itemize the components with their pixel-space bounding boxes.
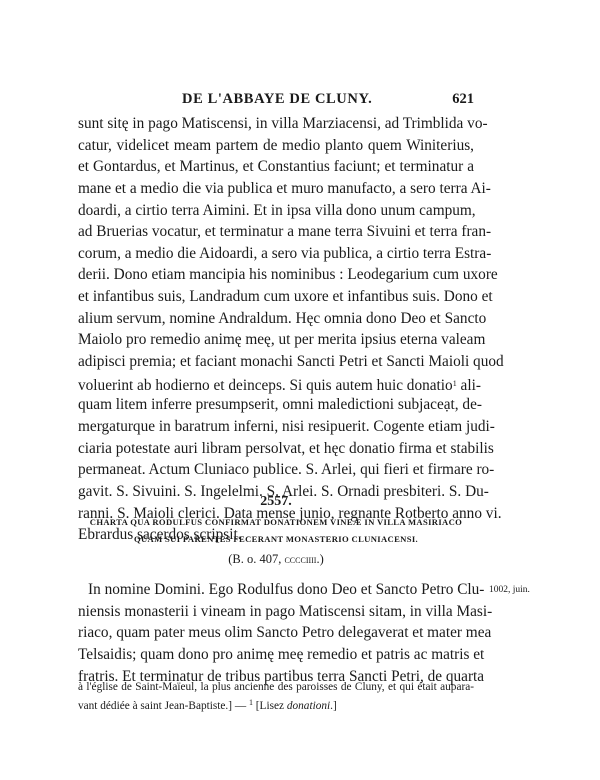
book-page: DE L'ABBAYE DE CLUNY. 621 sunt sitę in p… <box>0 0 600 780</box>
charter-number: 2557. <box>78 494 474 510</box>
text-line: mane et a medio die via publica et muro … <box>78 178 474 200</box>
source-reference-prefix: (B. o. 407, <box>228 552 284 566</box>
running-title: DE L'ABBAYE DE CLUNY. <box>182 91 372 108</box>
footnote-text: [Lisez <box>253 700 287 712</box>
text-segment: voluerint ab hodierno et deinceps. Si qu… <box>78 377 453 394</box>
text-line: Maiolo pro remedio animę meę, ut per mer… <box>78 329 474 351</box>
footnote-line: à l'église de Saint-Maïeul, la plus anci… <box>78 679 474 695</box>
text-line: doardi, a cirtio terra Aimini. Et in ips… <box>78 200 474 222</box>
text-line: In nomine Domini. Ego Rodulfus dono Deo … <box>78 579 474 601</box>
footnotes: à l'église de Saint-Maïeul, la plus anci… <box>78 679 474 711</box>
text-line-with-footnote: voluerint ab hodierno et deinceps. Si qu… <box>78 373 474 395</box>
text-line: et infantibus suis, Landradum cum uxore … <box>78 286 474 308</box>
text-line: quam litem inferre presumpserit, omni ma… <box>78 394 474 416</box>
continued-charter-text: sunt sitę in pago Matiscensi, in villa M… <box>78 113 474 546</box>
text-line: ciaria potestate auri libram persolvat, … <box>78 438 474 460</box>
page-number: 621 <box>452 91 474 108</box>
text-line: ad Bruerias vocatur, et terminatur a man… <box>78 221 474 243</box>
footnote-text: .] <box>330 700 337 712</box>
text-line: derii. Dono etiam mancipia his nominibus… <box>78 264 474 286</box>
text-line: alium servum, nomine Andraldum. Hęc omni… <box>78 308 474 330</box>
margin-date-note: 1002, juin. <box>489 585 530 595</box>
text-line: catur, videlicet meam partem de medio pl… <box>78 135 474 157</box>
text-line: Telsaidis; quam dono pro animę meę remed… <box>78 644 474 666</box>
text-line: et Gontardus, et Martinus, et Constantiu… <box>78 156 474 178</box>
text-line: mergaturque in baratrum inferni, nisi re… <box>78 416 474 438</box>
source-reference-suffix: .) <box>316 552 323 566</box>
charter-rubric-line: QUAM SUI PARENTES FECERANT MONASTERIO CL… <box>78 534 474 544</box>
footnote-line: vant dédiée à saint Jean-Baptiste.] — 1 … <box>78 695 474 711</box>
text-line: niensis monasterii i vineam in pago Mati… <box>78 601 474 623</box>
source-reference: (B. o. 407, cccciiii.) <box>78 552 474 567</box>
running-head: DE L'ABBAYE DE CLUNY. 621 <box>78 91 474 111</box>
text-line: permaneat. Actum Cluniaco publice. S. Ar… <box>78 459 474 481</box>
footnote-correction: donationi <box>287 700 330 712</box>
text-line: sunt sitę in pago Matiscensi, in villa M… <box>78 113 474 135</box>
text-line: riaco, quam pater meus olim Sancto Petro… <box>78 622 474 644</box>
footnote-text: vant dédiée à saint Jean-Baptiste.] — <box>78 700 249 712</box>
text-line: adipisci premia; et faciant monachi Sanc… <box>78 351 474 373</box>
text-line: corum, a medio die Aidoardi, a sero via … <box>78 243 474 265</box>
charter-text: In nomine Domini. Ego Rodulfus dono Deo … <box>78 579 474 687</box>
text-segment: ali- <box>457 377 481 394</box>
charter-rubric-line: CHARTA QUA RODULFUS CONFIRMAT DONATIONEM… <box>78 517 474 527</box>
source-reference-roman: cccciiii <box>284 554 316 566</box>
